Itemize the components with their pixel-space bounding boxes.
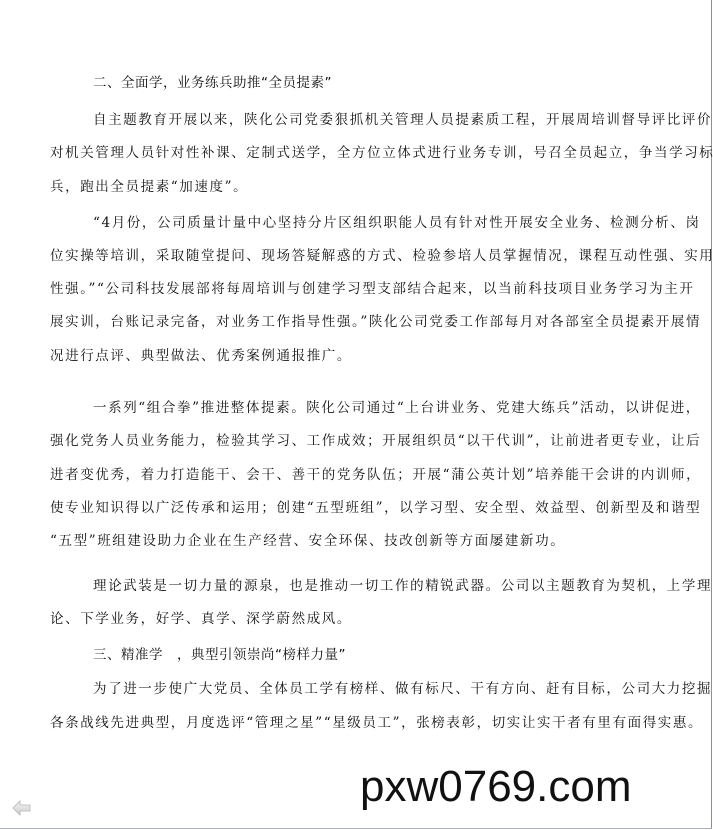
paragraph-line: 况进行点评、典型做法、优秀案例通报推广。 [50,347,665,365]
section-heading-2: 二、全面学，业务练兵助推“全员提素” [93,74,665,92]
paragraph-line: 展实训，台账记录完备，对业务工作指导性强。”陕化公司党委工作部每月对各部室全员提… [50,313,665,331]
watermark-text: pxw0769.com [360,762,631,812]
paragraph-line: 性强。”“公司科技发展部将每周培训与创建学习型支部结合起来，以当前科技项目业务学… [50,280,665,298]
back-arrow-icon [12,800,32,816]
paragraph-line: 进者变优秀，着力打造能干、会干、善干的党务队伍；开展“蒲公英计划”培养能干会讲的… [50,466,665,484]
section-heading-3: 三、精准学 ，典型引领崇尚“榜样力量” [93,646,665,664]
back-arrow-icon[interactable] [12,800,32,816]
paragraph-line: 兵，跑出全员提素“加速度”。 [50,178,665,196]
paragraph-line: “4月份，公司质量计量中心坚持分片区组织职能人员有针对性开展安全业务、检测分析、… [93,214,665,232]
paragraph-line: 使专业知识得以广泛传承和运用；创建“五型班组”，以学习型、安全型、效益型、创新型… [50,499,665,517]
paragraph-line: 位实操等培训，采取随堂提问、现场答疑解惑的方式、检验参培人员掌握情况，课程互动性… [50,247,665,265]
paragraph-line: 论、下学业务，好学、真学、深学蔚然成风。 [50,610,665,628]
paragraph-line: 对机关管理人员针对性补课、定制式送学，全方位立体式进行业务专训，号召全员起立，争… [50,144,665,162]
paragraph-line: 强化党务人员业务能力，检验其学习、工作成效；开展组织员“以干代训”，让前进者更专… [50,432,665,450]
paragraph-line: 各条战线先进典型，月度选评“管理之星”“星级员工”，张榜表彰，切实让实干者有里有… [50,714,665,732]
paragraph-line: 理论武装是一切力量的源泉，也是推动一切工作的精锐武器。公司以主题教育为契机，上学… [93,577,665,595]
paragraph-line: 为了进一步使广大党员、全体员工学有榜样、做有标尺、干有方向、赶有目标，公司大力挖… [93,680,665,698]
paragraph-line: 一系列“组合拳”推进整体提素。陕化公司通过“上台讲业务、党建大练兵”活动，以讲促… [93,399,665,417]
document-page: 二、全面学，业务练兵助推“全员提素” 自主题教育开展以来，陕化公司党委狠抓机关管… [0,0,712,829]
paragraph-line: 自主题教育开展以来，陕化公司党委狠抓机关管理人员提素质工程，开展周培训督导评比评… [93,111,665,129]
paragraph-line: “五型”班组建设助力企业在生产经营、安全环保、技改创新等方面屡建新功。 [50,532,665,550]
